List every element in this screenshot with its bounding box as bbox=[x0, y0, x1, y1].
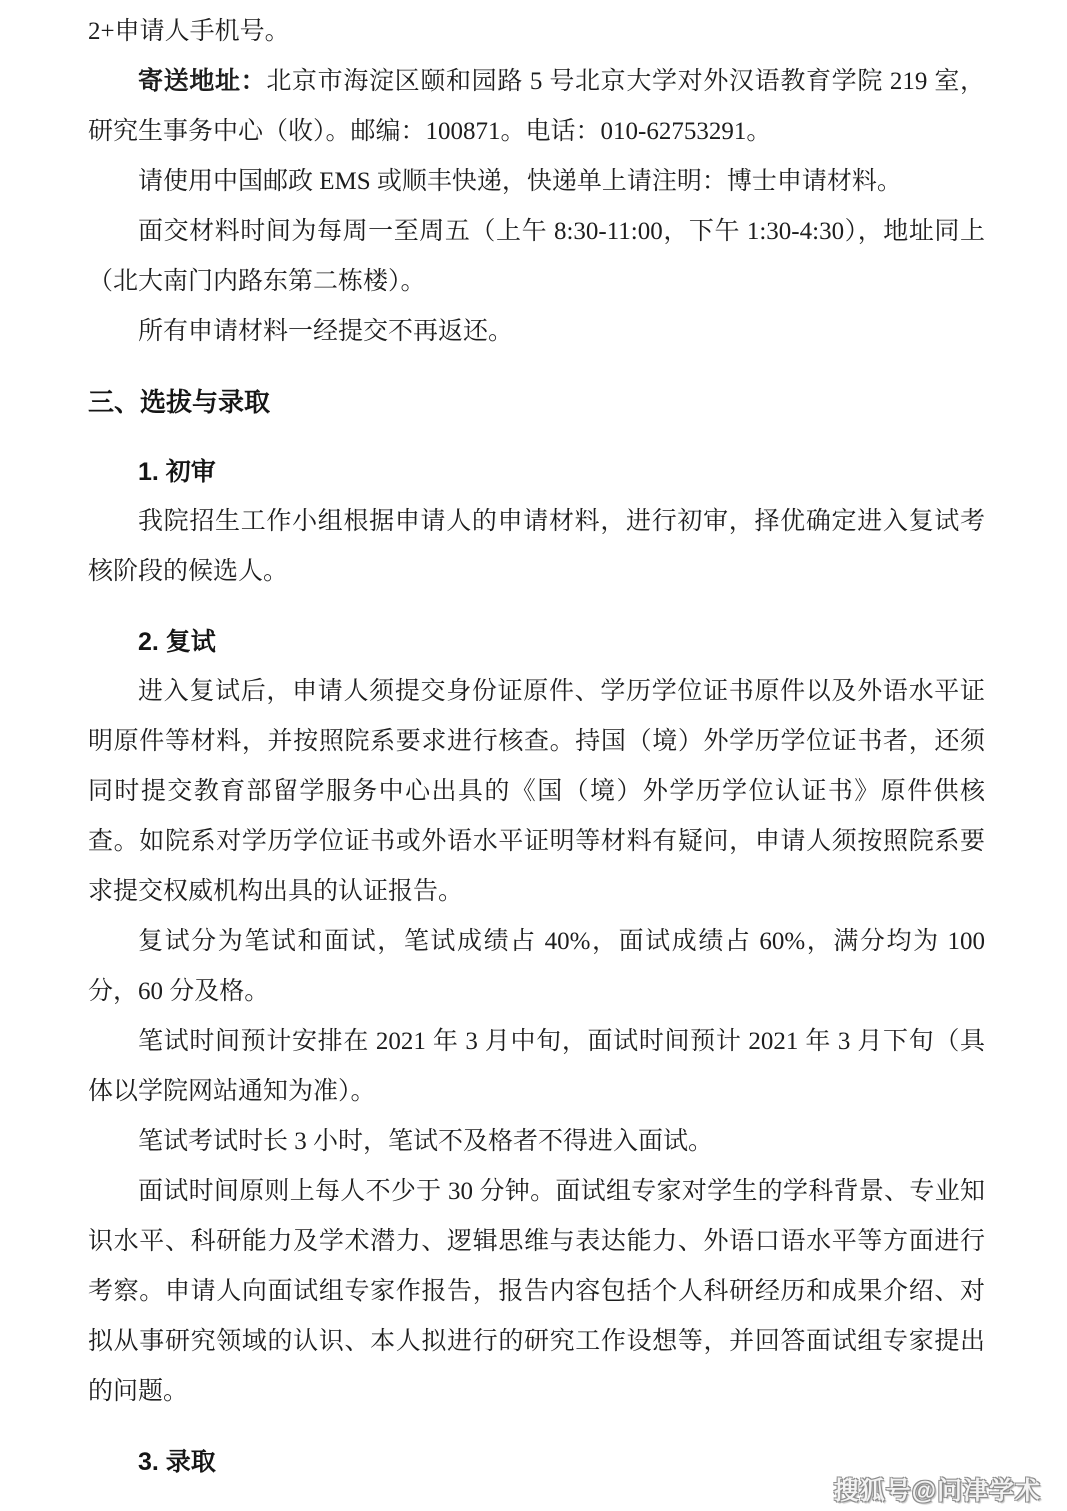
paragraph-interview-details: 面试时间原则上每人不少于 30 分钟。面试组专家对学生的学科背景、专业知识水平、… bbox=[88, 1167, 985, 1417]
heading-section-3-selection-admission: 三、选拔与录取 bbox=[88, 377, 985, 427]
document-page: 2+申请人手机号。 寄送地址：北京市海淀区颐和园路 5 号北京大学对外汉语教育学… bbox=[0, 0, 1067, 1487]
mailing-address-label: 寄送地址： bbox=[138, 68, 266, 95]
heading-2-reexamination: 2. 复试 bbox=[88, 617, 985, 667]
watermark-sohu-account: 搜狐号@问津学术 bbox=[834, 1471, 1041, 1507]
paragraph-reexamination-documents: 进入复试后，申请人须提交身份证原件、学历学位证书原件以及外语水平证明原件等材料，… bbox=[88, 667, 985, 917]
heading-1-initial-review: 1. 初审 bbox=[88, 447, 985, 497]
paragraph-in-person-delivery: 面交材料时间为每周一至周五（上午 8:30-11:00，下午 1:30-4:30… bbox=[88, 207, 985, 307]
paragraph-written-exam-duration: 笔试考试时长 3 小时，笔试不及格者不得进入面试。 bbox=[88, 1117, 985, 1167]
paragraph-exam-schedule: 笔试时间预计安排在 2021 年 3 月中旬，面试时间预计 2021 年 3 月… bbox=[88, 1017, 985, 1117]
paragraph-phone-note: 2+申请人手机号。 bbox=[88, 7, 985, 57]
paragraph-courier-note: 请使用中国邮政 EMS 或顺丰快递，快递单上请注明：博士申请材料。 bbox=[88, 157, 985, 207]
paragraph-no-return-note: 所有申请材料一经提交不再返还。 bbox=[88, 307, 985, 357]
paragraph-mailing-address: 寄送地址：北京市海淀区颐和园路 5 号北京大学对外汉语教育学院 219 室，研究… bbox=[88, 57, 985, 157]
paragraph-score-weights: 复试分为笔试和面试，笔试成绩占 40%，面试成绩占 60%，满分均为 100 分… bbox=[88, 917, 985, 1017]
paragraph-initial-review: 我院招生工作小组根据申请人的申请材料，进行初审，择优确定进入复试考核阶段的候选人… bbox=[88, 497, 985, 597]
